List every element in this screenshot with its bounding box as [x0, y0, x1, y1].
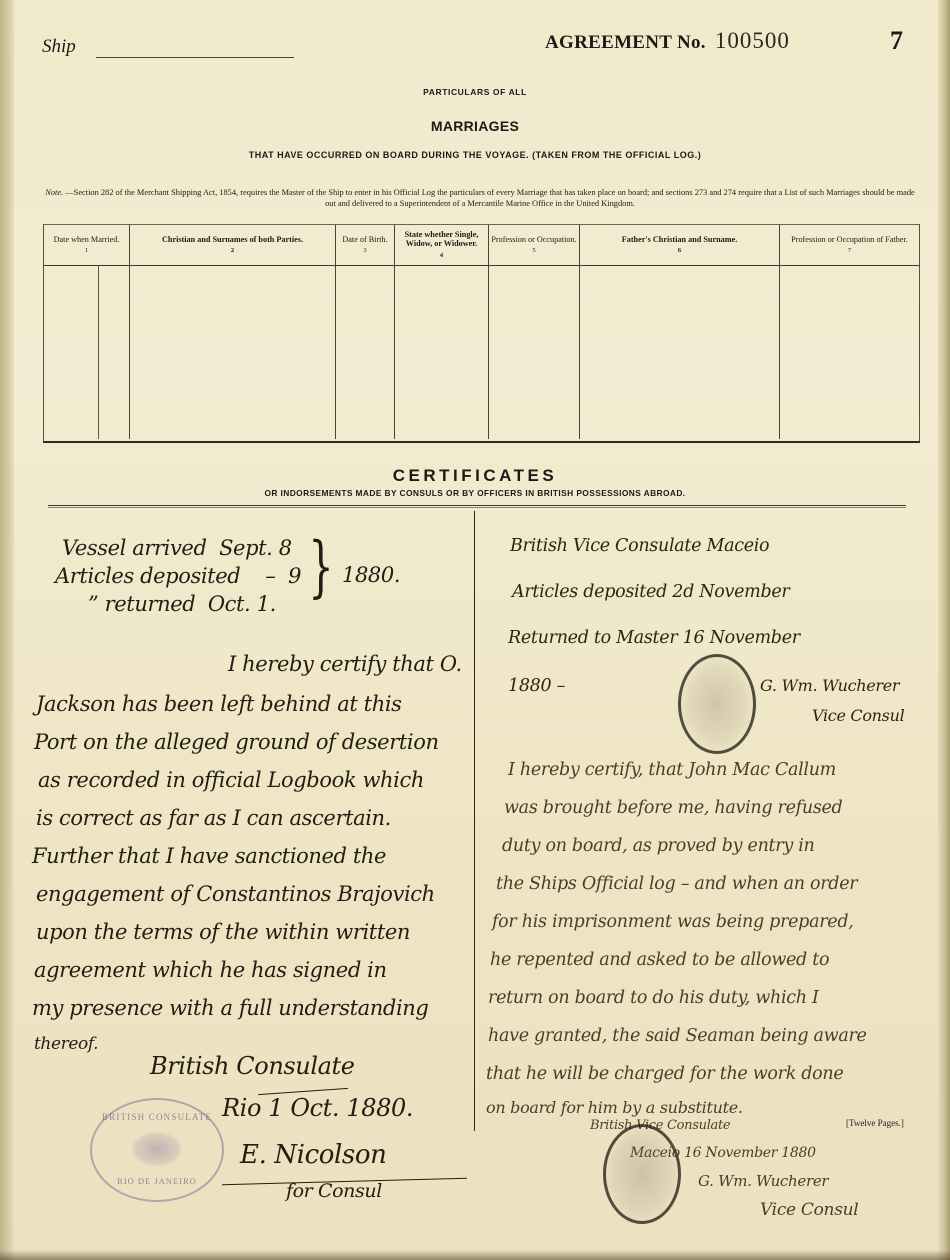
marriages-kicker: PARTICULARS OF ALL [0, 87, 950, 97]
left-date: Rio 1 Oct. 1880. [222, 1094, 413, 1122]
left-signature-role: for Consul [286, 1180, 382, 1202]
date-day: 1. [257, 592, 276, 616]
header-cell: Profession or Occupation of Father. 7 [780, 225, 919, 265]
page-edge-right [938, 0, 950, 1260]
ship-label: Ship [42, 36, 76, 58]
date-label: ” returned [88, 592, 195, 616]
marriages-subtitle: THAT HAVE OCCURRED ON BOARD DURING THE V… [0, 150, 950, 160]
binding-edge [0, 0, 14, 1260]
date-day: 8 [279, 536, 292, 560]
header-number: 7 [848, 246, 851, 256]
left-body-line: engagement of Constantinos Brajovich [36, 882, 435, 906]
left-body-line: Port on the alleged ground of desertion [34, 730, 439, 754]
header-label: Date when Married. [54, 235, 120, 245]
dates-year: 1880. [342, 563, 400, 587]
date-month: Sept. [219, 536, 272, 560]
header-cell: Date of Birth. 3 [336, 225, 394, 265]
header-number: 6 [678, 246, 681, 256]
page-number: 7 [890, 26, 903, 56]
right-body-line: he repented and asked to be allowed to [490, 950, 829, 970]
header-number: 2 [231, 246, 234, 256]
vice-consulate-seal [678, 654, 756, 754]
left-body-line: is correct as far as I can ascertain. [36, 806, 391, 830]
twelve-pages-note: [Twelve Pages.] [846, 1118, 904, 1128]
header-cell: State whether Single, Widow, or Widower.… [395, 225, 488, 265]
agreement-number: AGREEMENT No. 100500 [545, 28, 790, 54]
header-label: Profession or Occupation of Father. [791, 235, 908, 245]
agreement-label: AGREEMENT No. [545, 32, 706, 53]
date-month: Oct. [208, 592, 251, 616]
date-line-deposited: Articles deposited – 9 [55, 564, 301, 588]
date-label: Vessel arrived [62, 536, 207, 560]
header-number: 4 [440, 251, 443, 261]
right-body-line: the Ships Official log – and when an ord… [496, 874, 857, 894]
left-body-line: my presence with a full understanding [32, 996, 428, 1020]
certificates-rule [48, 505, 906, 508]
date-subdivider [98, 265, 99, 439]
header-number: 5 [532, 246, 535, 256]
stamp-bottom-text: RIO DE JANEIRO [92, 1176, 222, 1186]
header-label: Father's Christian and Surname. [622, 235, 738, 245]
certificates-column-divider-lower [474, 811, 475, 1131]
certificates-subtitle: OR INDORSEMENTS MADE BY CONSULS OR BY OF… [0, 488, 950, 498]
right-body-line: return on board to do his duty, which I [488, 988, 819, 1008]
right-signature-role: Vice Consul [760, 1200, 858, 1220]
date-label: Articles deposited [55, 564, 240, 588]
left-body-line: I hereby certify that O. [228, 652, 462, 676]
right-body-line: duty on board, as proved by entry in [502, 836, 814, 856]
right-body-line: have granted, the said Seaman being awar… [488, 1026, 867, 1046]
note-text: —Section 282 of the Merchant Shipping Ac… [65, 188, 914, 208]
marriages-title: MARRIAGES [0, 118, 950, 134]
page-bottom-shadow [0, 1250, 950, 1260]
left-body-line: upon the terms of the within written [36, 920, 410, 944]
certificates-column-divider [474, 511, 475, 811]
date-day: 9 [288, 564, 301, 588]
royal-crest-icon [132, 1132, 182, 1166]
left-signature: E. Nicolson [240, 1140, 386, 1170]
header-label: Christian and Surnames of both Parties. [162, 235, 303, 245]
date-month: – [265, 564, 275, 588]
certificates-title: CERTIFICATES [0, 466, 950, 486]
header-number: 3 [363, 246, 366, 256]
brace-icon: } [308, 534, 333, 600]
right-body-line: I hereby certify, that John Mac Callum [508, 760, 836, 780]
stamp-top-text: BRITISH CONSULATE [92, 1112, 222, 1122]
marriages-table: Date when Married. 1 Christian and Surna… [43, 224, 920, 443]
header-cell: Father's Christian and Surname. 6 [580, 225, 779, 265]
header-label: State whether Single, Widow, or Widower. [395, 230, 488, 249]
right-body-line: on board for him by a substitute. [486, 1098, 743, 1117]
right-body-line: that he will be charged for the work don… [486, 1064, 843, 1084]
right-top-signature: G. Wm. Wucherer [760, 676, 899, 695]
document-page: Ship AGREEMENT No. 100500 7 PARTICULARS … [0, 0, 950, 1260]
ship-name-field [96, 57, 294, 58]
header-number: 1 [85, 246, 88, 256]
note-prefix: Note. [45, 188, 63, 197]
right-header-line: Returned to Master 16 November [508, 628, 800, 648]
right-header-line: British Vice Consulate Maceio [510, 536, 769, 556]
left-body-line: thereof. [34, 1034, 98, 1054]
header-cell: Christian and Surnames of both Parties. … [130, 225, 335, 265]
right-body-line: was brought before me, having refused [504, 798, 842, 818]
header-cell: Profession or Occupation. 5 [489, 225, 579, 265]
agreement-number-value: 100500 [715, 28, 790, 53]
date-line-returned: ” returned Oct. 1. [88, 592, 276, 616]
header-cell: Date when Married. 1 [44, 225, 129, 265]
right-top-signature-role: Vice Consul [812, 706, 904, 725]
left-body-line: agreement which he has signed in [34, 958, 387, 982]
left-place: British Consulate [150, 1052, 355, 1080]
vice-consulate-seal-lower [603, 1124, 681, 1224]
date-line-arrived: Vessel arrived Sept. 8 [62, 536, 292, 560]
statutory-note: Note. —Section 282 of the Merchant Shipp… [40, 187, 920, 209]
left-body-line: Jackson has been left behind at this [36, 692, 402, 716]
header-label: Profession or Occupation. [491, 235, 576, 245]
right-body-line: for his imprisonment was being prepared, [492, 912, 854, 932]
left-body-line: Further that I have sanctioned the [32, 844, 386, 868]
left-body-line: as recorded in official Logbook which [38, 768, 424, 792]
right-signature: G. Wm. Wucherer [698, 1172, 828, 1190]
consulate-stamp: BRITISH CONSULATE RIO DE JANEIRO [90, 1098, 224, 1202]
right-header-line: 1880 – [508, 676, 565, 696]
right-header-line: Articles deposited 2d November [512, 582, 789, 602]
header-label: Date of Birth. [342, 235, 387, 245]
